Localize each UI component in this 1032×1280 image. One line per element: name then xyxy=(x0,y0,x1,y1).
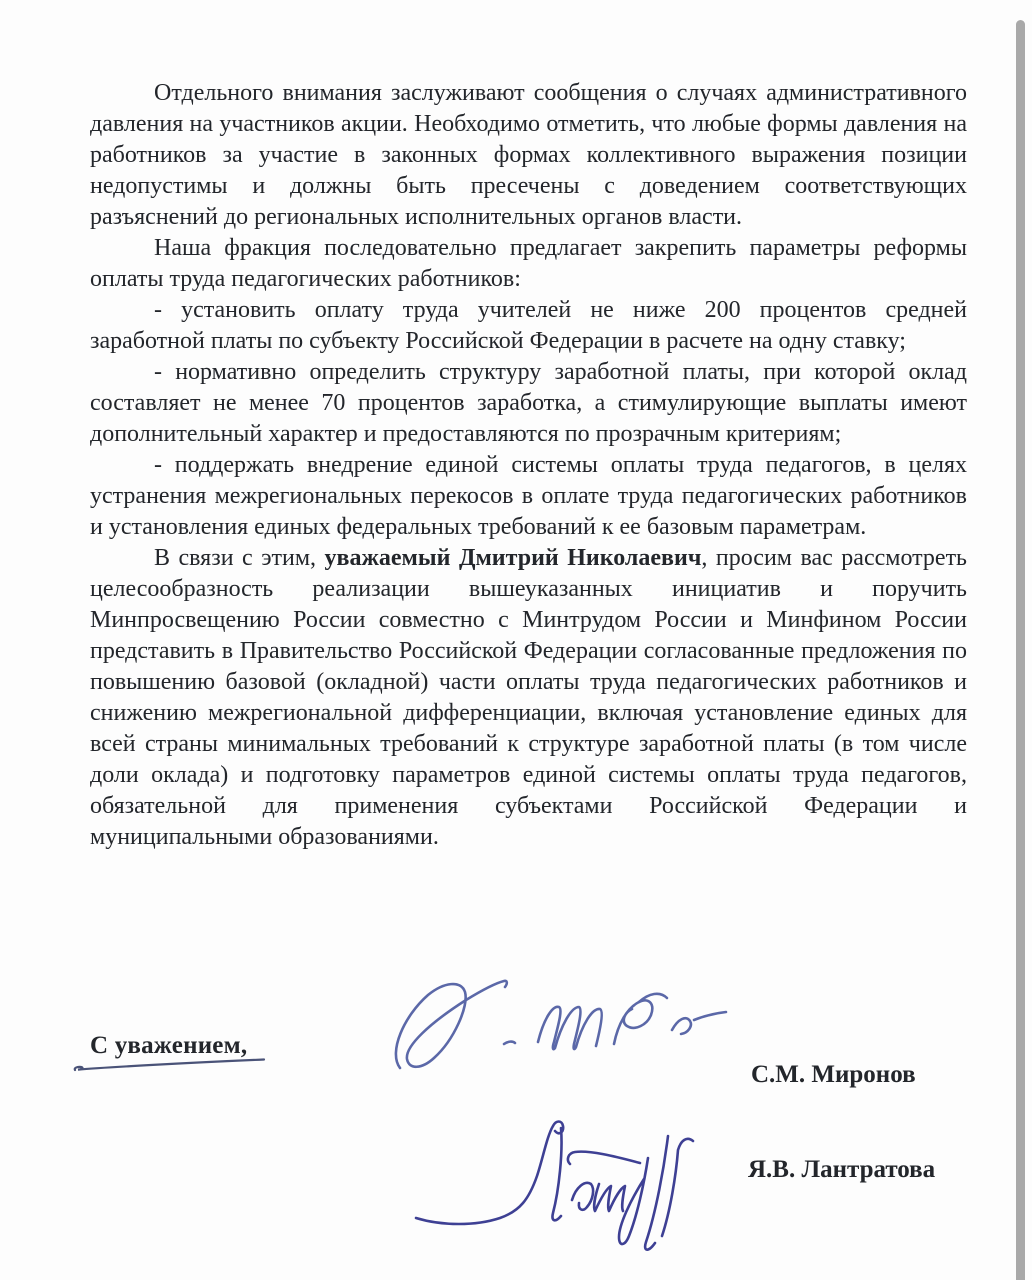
paragraph-fraction-proposal: Наша фракция последовательно предлагает … xyxy=(90,233,967,295)
signatory-name-mironov: С.М. Миронов xyxy=(751,1061,916,1089)
bullet-salary-structure-70-percent: - нормативно определить структуру зарабо… xyxy=(90,357,967,450)
bullet-teacher-pay-200-percent: - установить оплату труда учителей не ни… xyxy=(90,295,967,357)
bullet-unified-pay-system: - поддержать внедрение единой системы оп… xyxy=(90,450,967,543)
signature-lantratova-ink xyxy=(414,1118,750,1260)
letter-body: Отдельного внимания заслуживают сообщени… xyxy=(90,78,967,853)
closing-pre-text: В связи с этим, xyxy=(154,545,325,571)
paragraph-closing-request: В связи с этим, уважаемый Дмитрий Никола… xyxy=(90,543,967,853)
scrollbar-thumb[interactable] xyxy=(1016,20,1025,1280)
pen-underline-stroke xyxy=(72,1057,268,1075)
paragraph-administrative-pressure: Отдельного внимания заслуживают сообщени… xyxy=(90,78,967,233)
signoff-text: С уважением, xyxy=(90,1032,247,1060)
addressee-name: уважаемый Дмитрий Николаевич xyxy=(325,545,702,571)
closing-post-text: , просим вас рассмотреть целесообразност… xyxy=(90,545,967,850)
signature-mironov-ink xyxy=(386,978,728,1082)
letter-page: Отдельного внимания заслуживают сообщени… xyxy=(0,0,1032,1280)
signatory-name-lantratova: Я.В. Лантратова xyxy=(748,1156,935,1184)
